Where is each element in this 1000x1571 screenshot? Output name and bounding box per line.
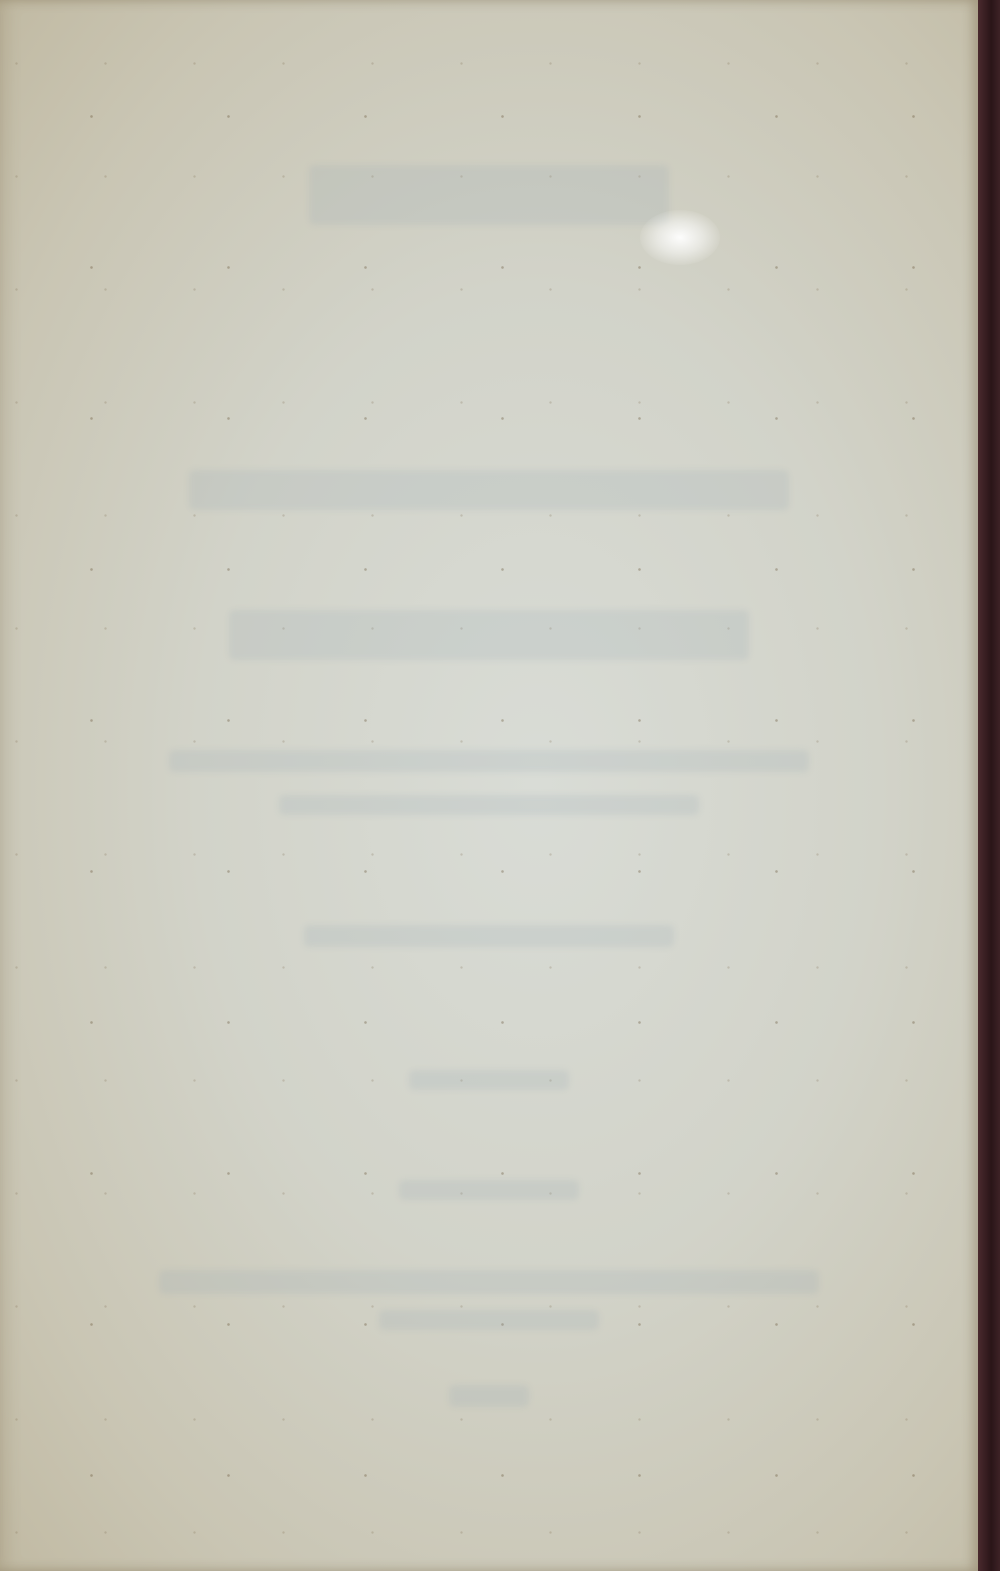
paper-foxing: [0, 0, 978, 1571]
light-glare: [640, 210, 720, 265]
photo-scene: [0, 0, 1000, 1571]
book-binding-edge: [978, 0, 1000, 1571]
book-page: [0, 0, 978, 1571]
